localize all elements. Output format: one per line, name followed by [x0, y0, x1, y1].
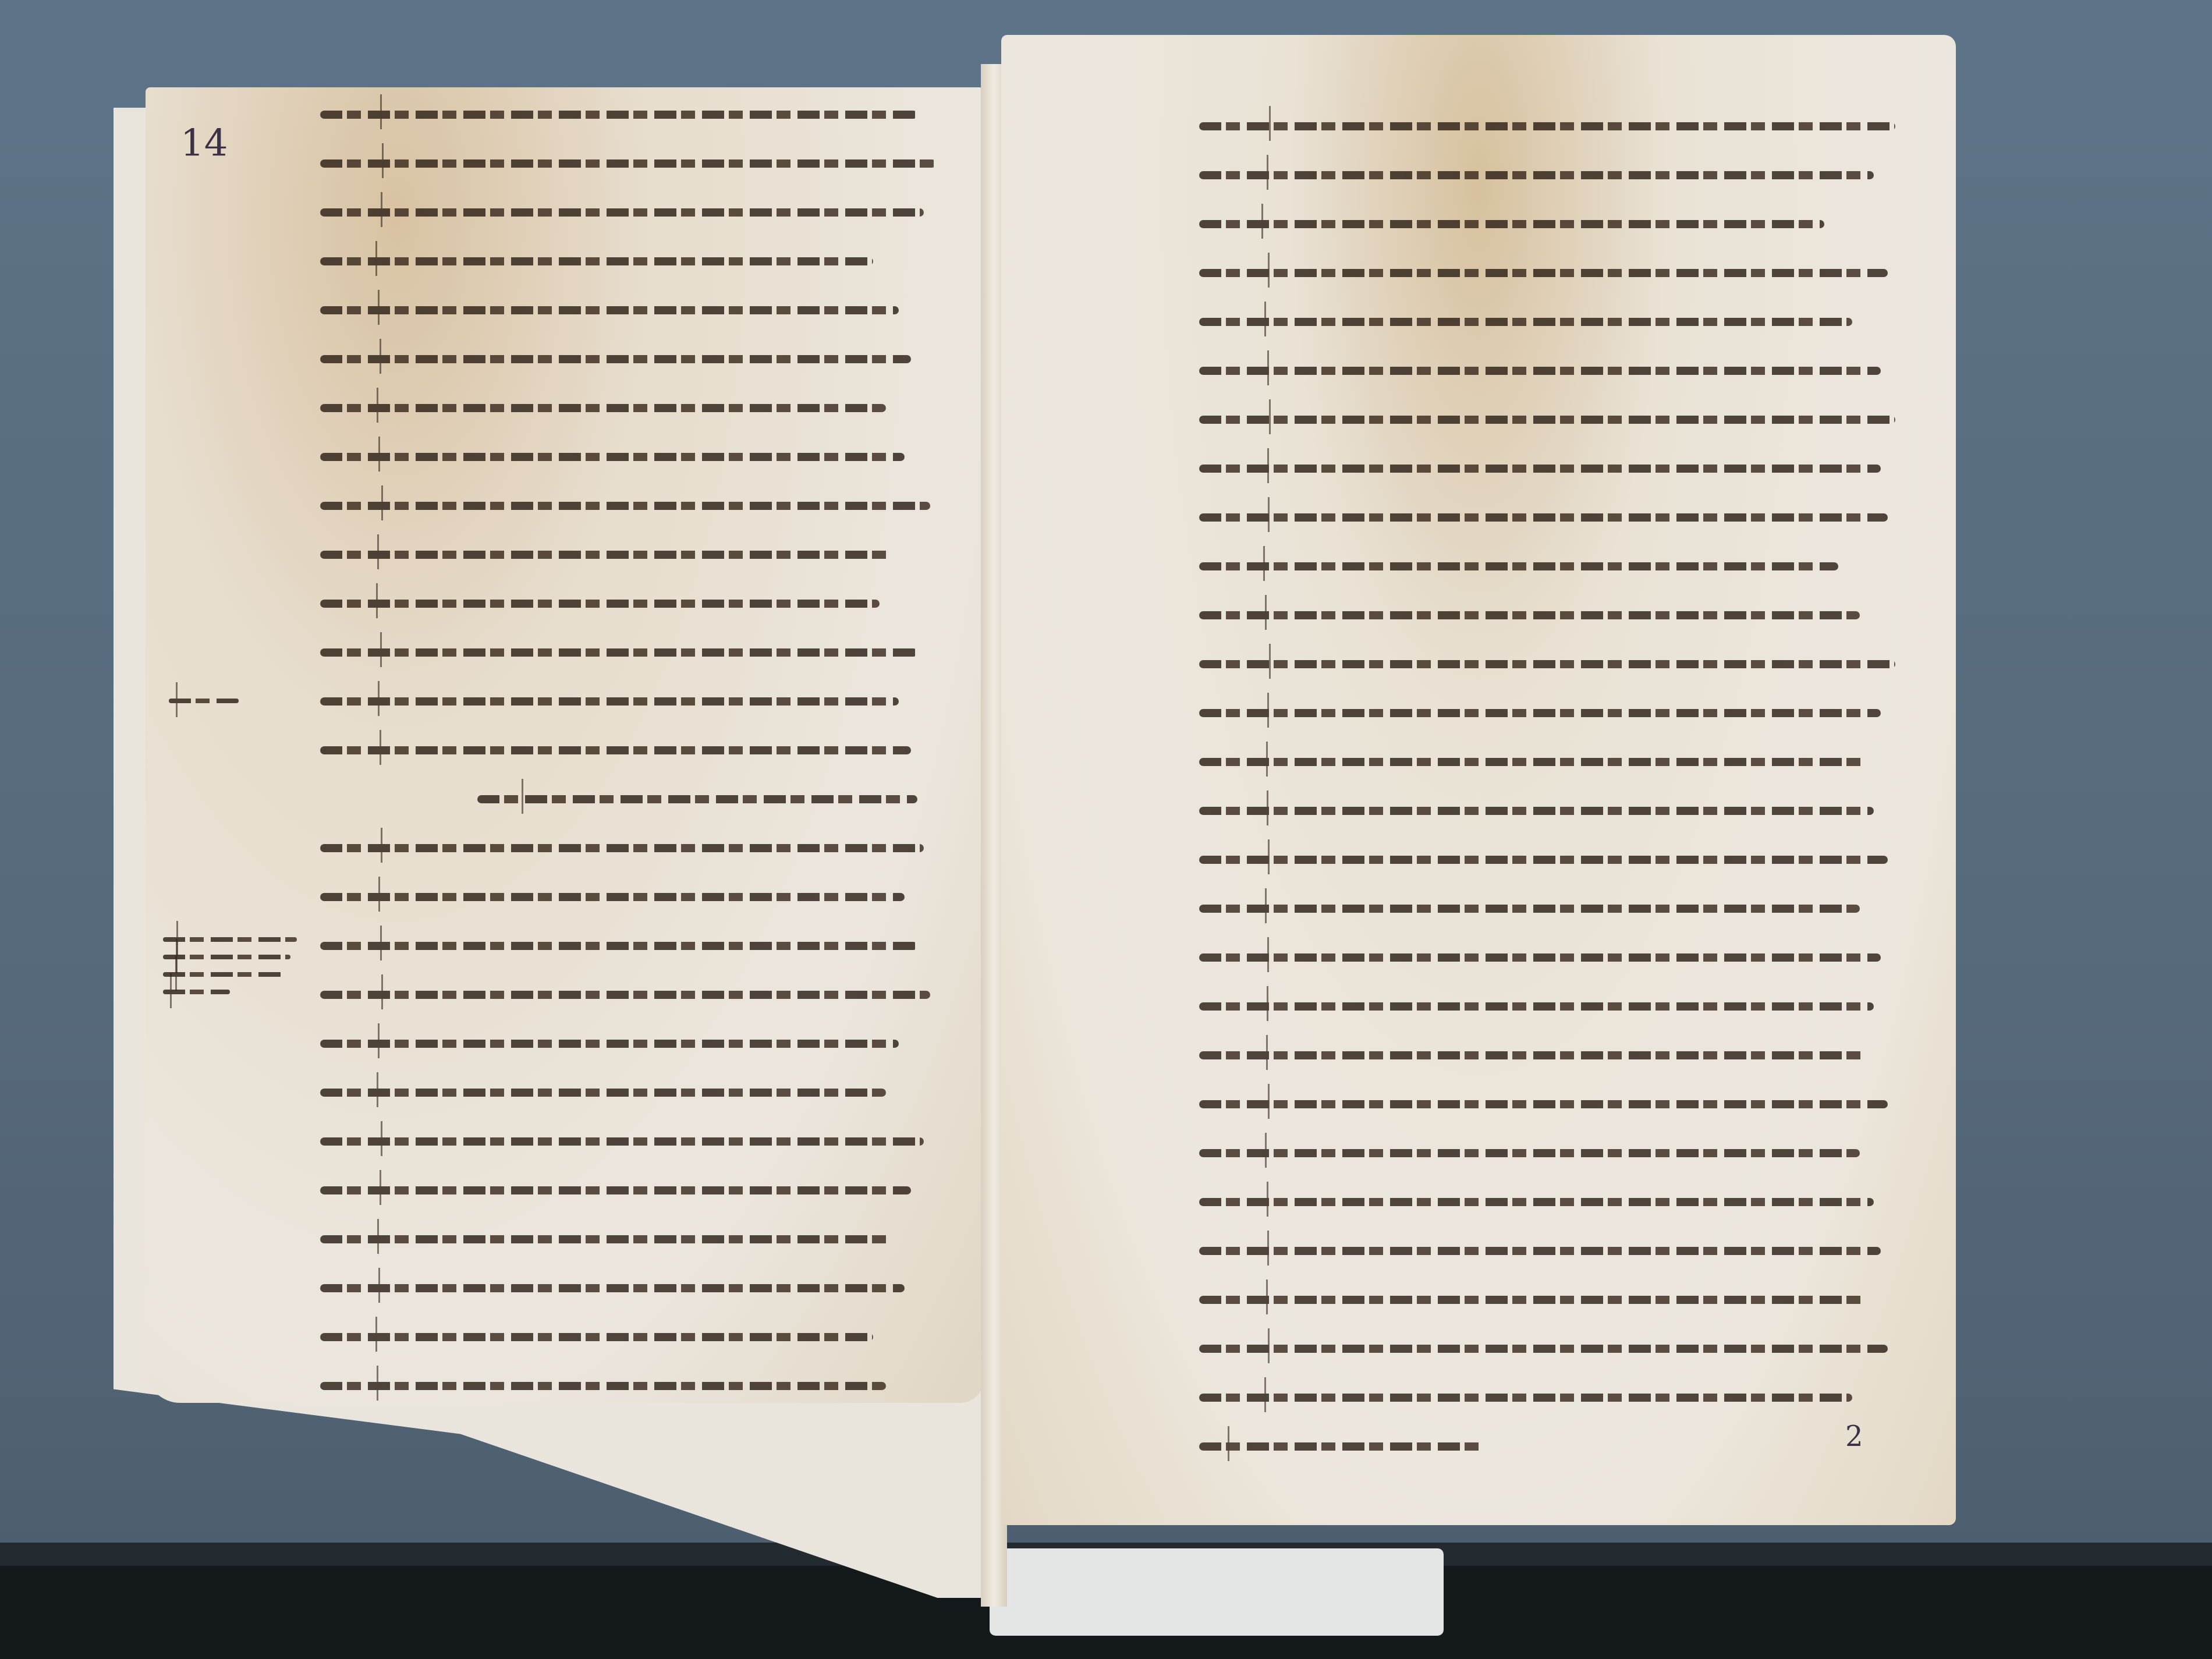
handwritten-line: [1199, 1198, 1874, 1206]
handwritten-line: [1199, 465, 1881, 473]
handwritten-line: [320, 1137, 924, 1146]
handwritten-line: [1199, 758, 1867, 766]
handwritten-line: [1199, 807, 1874, 815]
handwritten-line: [1199, 856, 1888, 864]
handwritten-line: [320, 306, 899, 314]
right-page-text-block: [1199, 122, 1909, 1491]
handwritten-line: [1199, 660, 1895, 668]
handwritten-line: [1199, 562, 1838, 570]
handwritten-line: [320, 1284, 905, 1292]
handwritten-line: [320, 551, 892, 559]
book-support-cushion: [990, 1548, 1444, 1636]
handwritten-line: [1199, 905, 1860, 913]
handwritten-line: [1199, 1051, 1867, 1059]
handwritten-line: [320, 648, 917, 657]
handwritten-line: [1199, 1149, 1860, 1157]
handwritten-line: [320, 844, 924, 852]
handwritten-line: [1199, 1296, 1867, 1304]
handwritten-line: [1199, 1247, 1881, 1255]
handwritten-line: [320, 1382, 886, 1390]
handwritten-line: [320, 1040, 899, 1048]
handwritten-line: [320, 1089, 886, 1097]
handwritten-line: [1199, 318, 1852, 326]
handwritten-line: [320, 355, 911, 363]
right-page: 2: [1001, 35, 1956, 1525]
handwritten-line: [1199, 269, 1888, 277]
left-page: 14: [146, 87, 984, 1403]
handwritten-line: [320, 746, 911, 754]
handwritten-line: [163, 937, 297, 942]
handwritten-line: [320, 1333, 873, 1341]
handwritten-line: [320, 502, 930, 510]
folio-number-left: 14: [180, 122, 228, 165]
handwritten-line: [1199, 1442, 1483, 1451]
handwritten-line: [320, 942, 917, 950]
folio-number-right: 2: [1845, 1420, 1863, 1453]
handwritten-line: [163, 955, 290, 959]
handwritten-line: [320, 159, 936, 168]
handwritten-line: [1199, 1345, 1888, 1353]
handwritten-line: [163, 972, 283, 977]
handwritten-line: [1199, 1100, 1888, 1108]
margin-note-2: [163, 937, 297, 1007]
handwritten-line: [1199, 220, 1824, 228]
handwritten-line: [320, 404, 886, 412]
handwritten-line: [320, 697, 899, 706]
handwritten-line: [1199, 611, 1860, 619]
handwritten-line: [163, 990, 230, 994]
handwritten-line: [1199, 953, 1881, 962]
handwritten-line: [1199, 1394, 1852, 1402]
handwritten-line: [1199, 513, 1888, 522]
handwritten-line: [320, 257, 873, 265]
handwritten-line: [1199, 1002, 1874, 1011]
handwritten-line: [320, 1235, 892, 1243]
handwritten-line: [477, 795, 917, 803]
handwritten-line: [320, 1186, 911, 1194]
handwritten-line: [320, 600, 880, 608]
handwritten-line: [320, 991, 930, 999]
margin-note-1: [169, 699, 239, 716]
handwritten-line: [320, 453, 905, 461]
handwritten-line: [320, 111, 917, 119]
handwritten-line: [1199, 709, 1881, 717]
left-page-text-block: [320, 111, 949, 1403]
handwritten-line: [1199, 416, 1895, 424]
handwritten-line: [169, 699, 239, 703]
handwritten-line: [1199, 367, 1881, 375]
handwritten-line: [1199, 171, 1874, 179]
handwritten-line: [320, 893, 905, 901]
handwritten-line: [1199, 122, 1895, 130]
handwritten-line: [320, 208, 924, 217]
